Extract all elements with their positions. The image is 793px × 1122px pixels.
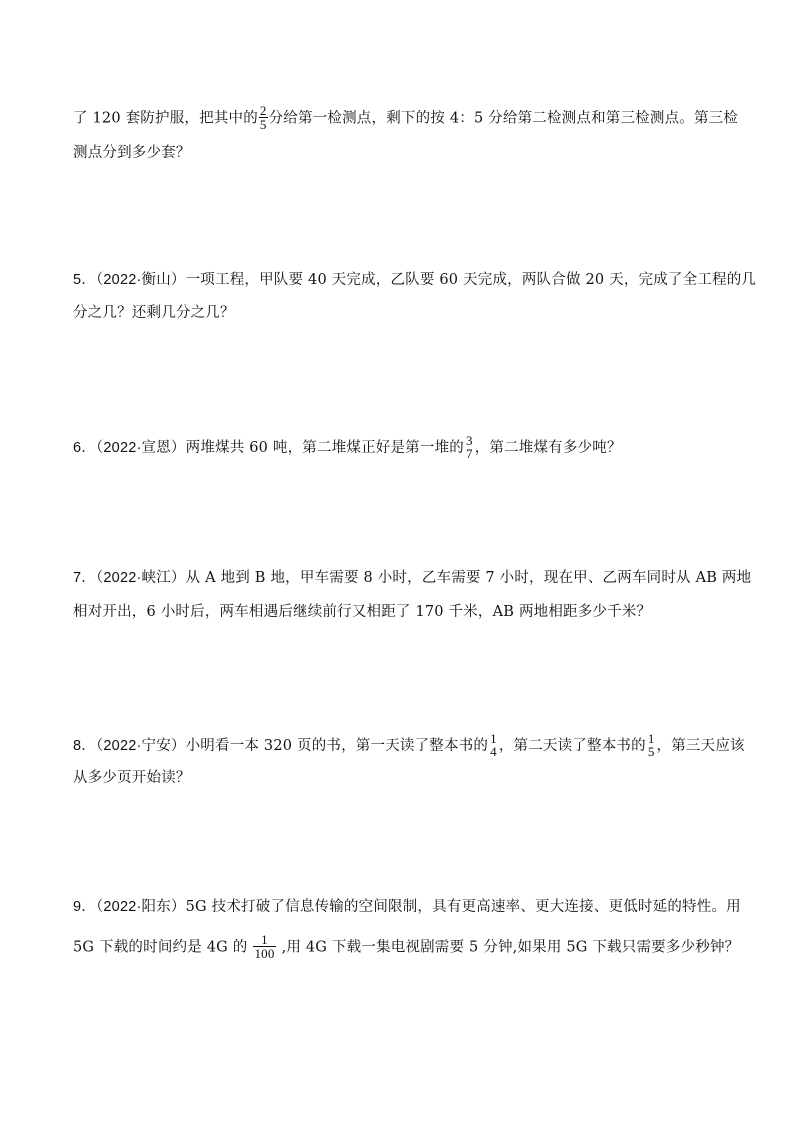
fraction-denominator: 5 [259,117,268,131]
question-source: （2022·宣恩） [96,440,186,456]
fraction: 14 [489,732,498,758]
fraction: 15 [647,732,656,758]
text-segment: 5G 下载的时间约是 4G 的 [73,940,247,956]
question-source: （2022·衡山） [96,272,186,288]
question-line: 9．（2022·阳东）5G 技术打破了信息传输的空间限制，具有更高速率、更大连接… [73,897,733,917]
document-page: 了 120 套防护服，把其中的25分给第一检测点，剩下的按 4：5 分给第二检测… [0,0,793,1122]
text-segment: 测点分到多少套？ [73,145,191,161]
question-line: 8．（2022·宁安）小明看一本 320 页的书，第一天读了整本书的14，第二天… [73,733,733,759]
fraction-denominator: 5 [647,745,656,758]
question-number: 7． [73,570,96,586]
text-segment: 一项工程，甲队要 40 天完成，乙队要 60 天完成，两队合做 20 天，完成了… [186,272,757,288]
question-source: （2022·峡江） [96,570,186,586]
question-line: 了 120 套防护服，把其中的25分给第一检测点，剩下的按 4：5 分给第二检测… [73,105,733,132]
fraction-numerator: 2 [259,104,268,117]
question-line: 分之几？还剩几分之几？ [73,303,733,323]
question-number: 9． [73,899,96,915]
question-number: 5． [73,272,96,288]
text-segment: ,用 4G 下载一集电视剧需要 5 分钟,如果用 5G 下载只需要多少秒钟？ [282,940,740,956]
question-line: 测点分到多少套？ [73,143,733,163]
fraction: 25 [259,104,268,131]
text-segment: ，第二堆煤有多少吨？ [475,440,622,456]
text-segment: 相对开出，6 小时后，两车相遇后继续前行又相距了 170 千米，AB 两地相距多… [73,604,651,620]
text-segment: ，第二天读了整本书的 [499,738,646,754]
text-segment: 分给第一检测点，剩下的按 4：5 分给第二检测点和第三检测点。第三检 [269,111,738,127]
question-line: 5．（2022·衡山）一项工程，甲队要 40 天完成，乙队要 60 天完成，两队… [73,270,733,290]
question-source: （2022·阳东） [96,899,186,915]
fraction-denominator: 7 [465,447,474,460]
fraction: 37 [465,434,474,460]
question-number: 8． [73,738,96,754]
question-source: （2022·宁安） [96,738,186,754]
question-line: 从多少页开始读？ [73,768,733,788]
fraction-numerator: 1 [253,933,275,946]
fraction: 1100 [253,933,275,960]
question-line: 6．（2022·宣恩）两堆煤共 60 吨，第二堆煤正好是第一堆的37，第二堆煤有… [73,435,733,461]
text-segment: 分之几？还剩几分之几？ [73,305,235,321]
text-segment: 小明看一本 320 页的书，第一天读了整本书的 [186,738,489,754]
question-line: 7．（2022·峡江）从 A 地到 B 地，甲车需要 8 小时，乙车需要 7 小… [73,568,733,588]
text-segment: 了 120 套防护服，把其中的 [73,111,258,127]
question-line: 相对开出，6 小时后，两车相遇后继续前行又相距了 170 千米，AB 两地相距多… [73,602,733,622]
text-segment: 5G 技术打破了信息传输的空间限制，具有更高速率、更大连接、更低时延的特性。用 [186,899,741,915]
text-segment: ，第三天应该 [657,738,745,754]
fraction-denominator: 100 [253,946,275,960]
text-segment: 从多少页开始读？ [73,770,191,786]
fraction-denominator: 4 [489,745,498,758]
question-number: 6． [73,440,96,456]
question-line: 5G 下载的时间约是 4G 的1100,用 4G 下载一集电视剧需要 5 分钟,… [73,934,733,961]
text-segment: 从 A 地到 B 地，甲车需要 8 小时，乙车需要 7 小时，现在甲、乙两车同时… [186,570,752,586]
text-segment: 两堆煤共 60 吨，第二堆煤正好是第一堆的 [186,440,464,456]
